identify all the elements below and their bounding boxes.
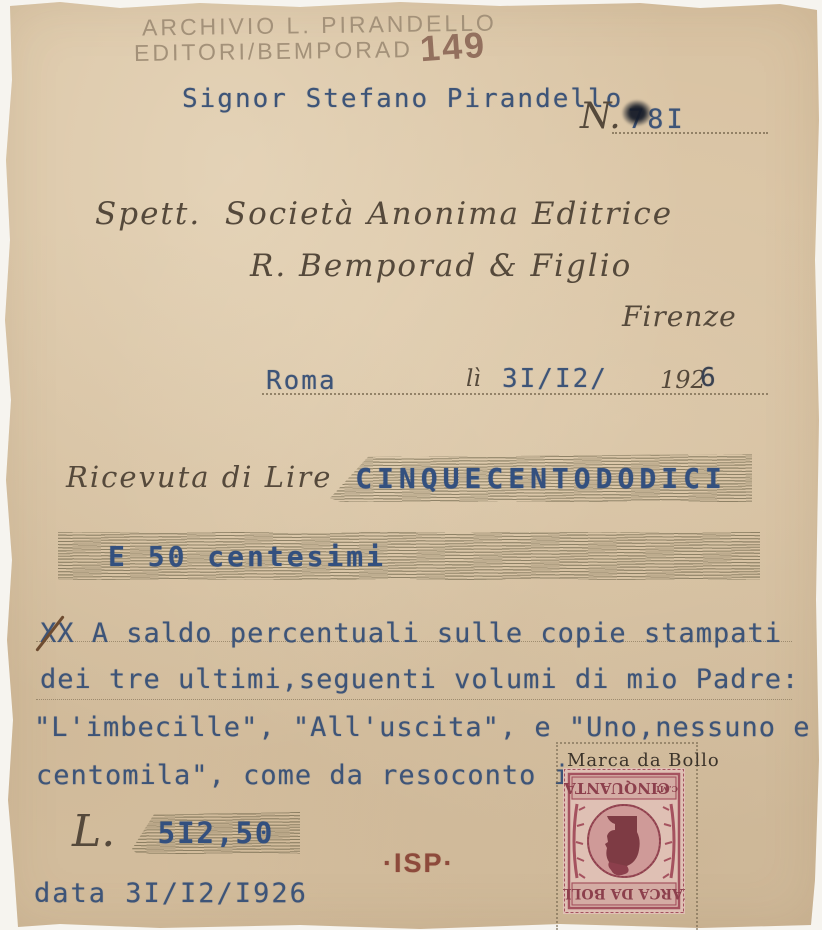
- amount-value-band: 5I2,50: [132, 812, 300, 854]
- recipient-line: Signor Stefano Pirandello: [182, 84, 623, 114]
- body-line1: XX A saldo percentuali sulle copie stamp…: [40, 618, 782, 649]
- ink-blot: [622, 100, 652, 126]
- letterhead-line3: Firenze: [622, 300, 737, 333]
- date-year-printed: 192: [660, 366, 706, 394]
- archive-annotation-number: 149: [419, 24, 488, 71]
- body-line2: dei tre ultimi,seguenti volumi di mio Pa…: [40, 664, 799, 695]
- receipt-number-label: N.: [580, 96, 621, 137]
- body-line4: centomila", come da resoconto in: [36, 760, 588, 791]
- archive-annotation-line2: EDITORI/BEMPORAD: [134, 36, 413, 67]
- isp-library-stamp: ·ISP·: [383, 848, 455, 879]
- scanned-receipt-document: ARCHIVIO L. PIRANDELLO EDITORI/BEMPORAD …: [0, 0, 822, 930]
- form-dotted-rule-2: [36, 699, 792, 700]
- bottom-date-line: data 3I/I2/I926: [34, 878, 308, 909]
- amount-words: CINQUECENTODODICI: [355, 462, 727, 495]
- stamp-value-text: CINQUANTA: [564, 779, 670, 797]
- currency-label: L.: [72, 806, 115, 857]
- number-dotted-line: [612, 132, 768, 134]
- stamp-bottom-text: MARCA DA BOLLO: [563, 885, 685, 901]
- date-dotted-line: [262, 393, 768, 395]
- amount-words-band: CINQUECENTODODICI: [330, 454, 752, 502]
- revenue-stamp-graphic: MARCA DA BOLLO C.MI CINQUANTA: [563, 768, 685, 914]
- date-typed: 3I/I2/: [502, 364, 608, 394]
- amount-value: 5I2,50: [158, 816, 275, 850]
- date-year-typed: 6: [700, 363, 716, 393]
- letterhead-line2: R. Bemporad & Figlio: [250, 248, 632, 284]
- body-line3: "L'imbecille", "All'uscita", e "Uno,ness…: [34, 712, 811, 743]
- date-city: Roma: [266, 366, 337, 396]
- letterhead-line1: Spett. Società Anonima Editrice: [95, 196, 673, 232]
- body-line1-text: A saldo percentuali sulle copie stampati: [75, 618, 782, 649]
- revenue-stamp: MARCA DA BOLLO C.MI CINQUANTA: [563, 768, 685, 914]
- amount-cents-band: E 50 centesimi: [58, 532, 760, 580]
- date-li-label: lì: [466, 366, 481, 392]
- amount-cents: E 50 centesimi: [108, 540, 386, 573]
- receipt-label: Ricevuta di Lire: [66, 460, 332, 494]
